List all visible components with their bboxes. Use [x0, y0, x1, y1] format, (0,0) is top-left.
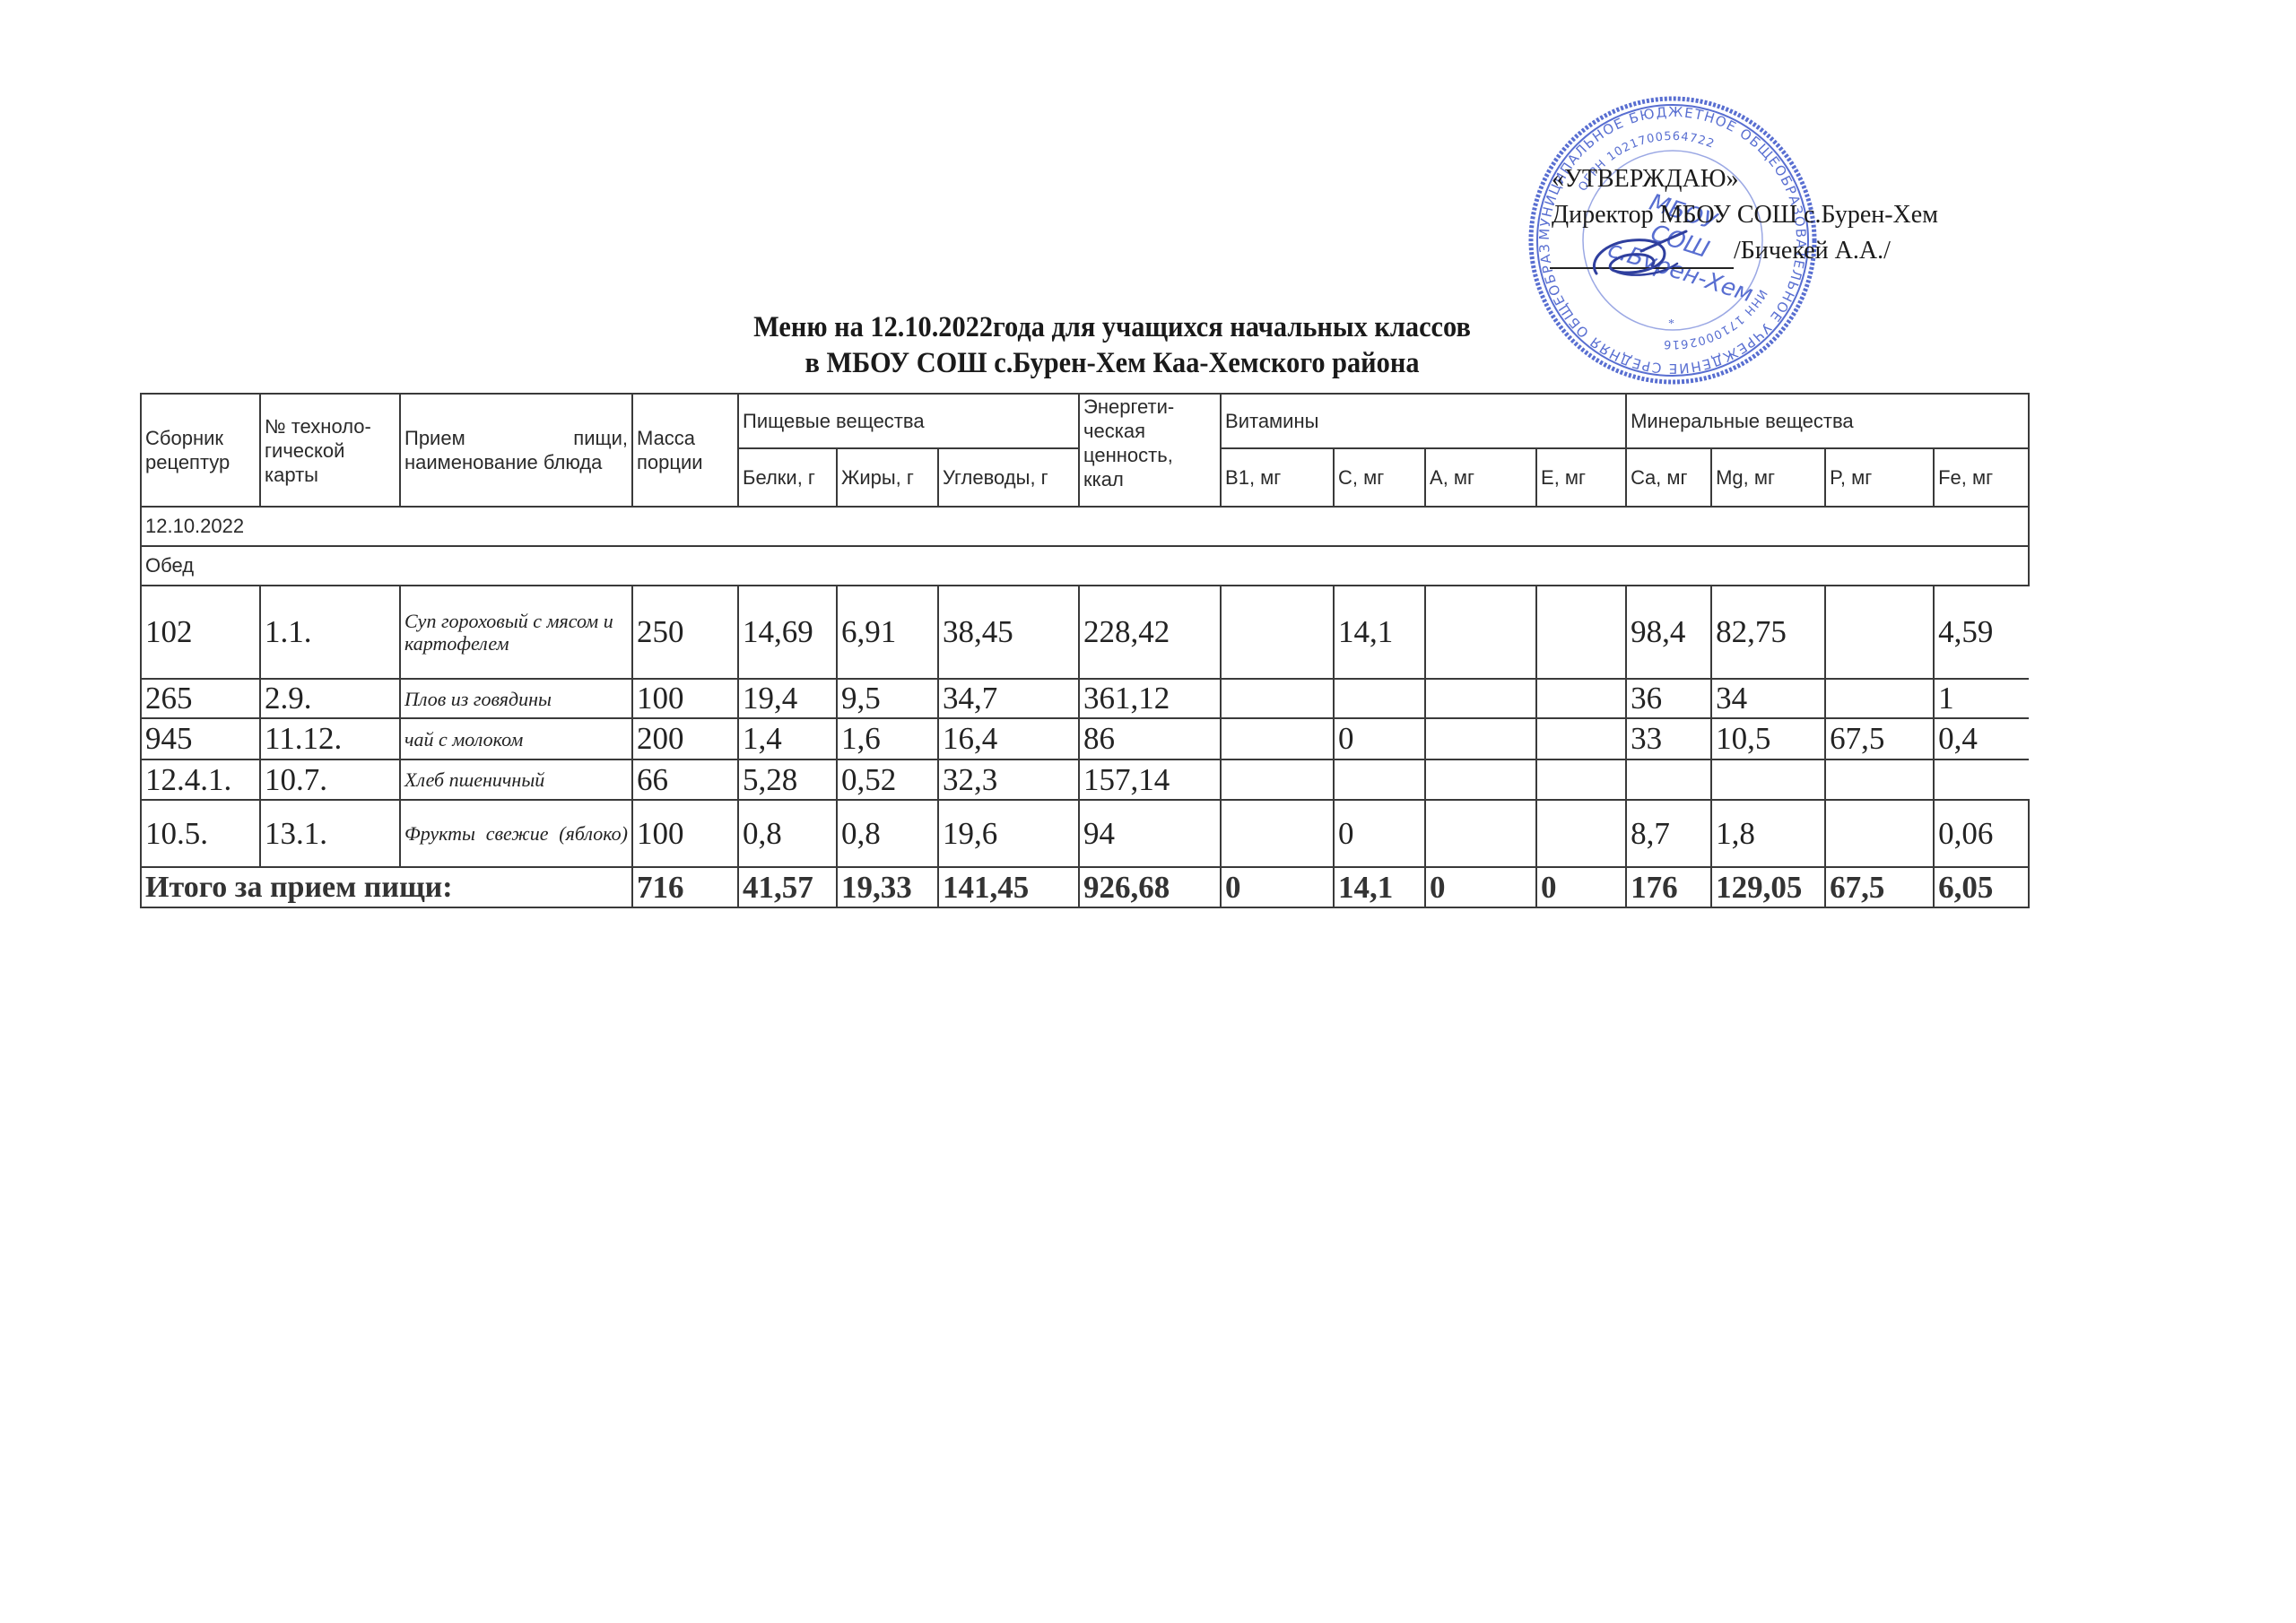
- cell-tech-card: 11.12.: [260, 718, 400, 759]
- header-p: P, мг: [1825, 448, 1934, 507]
- cell-p: 67,5: [1825, 718, 1934, 759]
- cell-carbs: 32,3: [938, 759, 1079, 800]
- cell-dish: Хлеб пшеничный: [400, 759, 632, 800]
- cell-tech-card: 1.1.: [260, 586, 400, 679]
- cell-tech-card: 13.1.: [260, 800, 400, 867]
- total-e: 0: [1536, 867, 1626, 907]
- cell-fe: [1934, 759, 2029, 800]
- table-row: 945 11.12. чай с молоком 200 1,4 1,6 16,…: [141, 718, 2029, 759]
- total-fat: 19,33: [837, 867, 938, 907]
- cell-mg: 34: [1711, 679, 1825, 718]
- total-fe: 6,05: [1934, 867, 2029, 907]
- cell-b1: [1221, 586, 1334, 679]
- signature: [1578, 224, 1740, 287]
- cell-a: [1425, 586, 1536, 679]
- meal-row: Обед: [141, 546, 2029, 586]
- cell-collection: 102: [141, 586, 260, 679]
- cell-collection: 10.5.: [141, 800, 260, 867]
- cell-b1: [1221, 800, 1334, 867]
- cell-protein: 14,69: [738, 586, 837, 679]
- cell-ca: 36: [1626, 679, 1711, 718]
- cell-mg: [1711, 759, 1825, 800]
- cell-mg: 10,5: [1711, 718, 1825, 759]
- header-carbs: Углеводы, г: [938, 448, 1079, 507]
- cell-carbs: 38,45: [938, 586, 1079, 679]
- total-b1: 0: [1221, 867, 1334, 907]
- header-c: C, мг: [1334, 448, 1425, 507]
- cell-b1: [1221, 679, 1334, 718]
- total-row: Итого за прием пищи: 716 41,57 19,33 141…: [141, 867, 2029, 907]
- header-meal: Прием пищи, наименование блюда: [400, 394, 632, 507]
- total-ca: 176: [1626, 867, 1711, 907]
- cell-fe: 0,4: [1934, 718, 2029, 759]
- cell-e: [1536, 800, 1626, 867]
- cell-a: [1425, 800, 1536, 867]
- cell-mass: 250: [632, 586, 738, 679]
- table-row: 265 2.9. Плов из говядины 100 19,4 9,5 3…: [141, 679, 2029, 718]
- total-a: 0: [1425, 867, 1536, 907]
- cell-c: [1334, 679, 1425, 718]
- cell-fat: 0,8: [837, 800, 938, 867]
- cell-collection: 945: [141, 718, 260, 759]
- cell-protein: 5,28: [738, 759, 837, 800]
- cell-carbs: 19,6: [938, 800, 1079, 867]
- total-energy: 926,68: [1079, 867, 1221, 907]
- document-title-line-1: Меню на 12.10.2022года для учащихся нача…: [617, 309, 1607, 345]
- header-a: A, мг: [1425, 448, 1536, 507]
- header-tech-card: № техноло-гической карты: [260, 394, 400, 507]
- approval-title: «УТВЕРЖДАЮ»: [1552, 161, 2018, 197]
- cell-b1: [1221, 759, 1334, 800]
- cell-energy: 361,12: [1079, 679, 1221, 718]
- table-row: 12.4.1. 10.7. Хлеб пшеничный 66 5,28 0,5…: [141, 759, 2029, 800]
- cell-protein: 0,8: [738, 800, 837, 867]
- cell-p: [1825, 800, 1934, 867]
- cell-b1: [1221, 718, 1334, 759]
- cell-c: 0: [1334, 800, 1425, 867]
- cell-c: [1334, 759, 1425, 800]
- cell-e: [1536, 679, 1626, 718]
- header-e: E, мг: [1536, 448, 1626, 507]
- header-b1: B1, мг: [1221, 448, 1334, 507]
- cell-a: [1425, 679, 1536, 718]
- date-label: 12.10.2022: [141, 507, 2029, 546]
- cell-dish: Фрукты свежие (яблоко): [400, 800, 632, 867]
- total-p: 67,5: [1825, 867, 1934, 907]
- total-c: 14,1: [1334, 867, 1425, 907]
- total-label: Итого за прием пищи:: [141, 867, 632, 907]
- date-row: 12.10.2022: [141, 507, 2029, 546]
- cell-energy: 94: [1079, 800, 1221, 867]
- cell-carbs: 16,4: [938, 718, 1079, 759]
- cell-a: [1425, 718, 1536, 759]
- total-carbs: 141,45: [938, 867, 1079, 907]
- header-ca: Ca, мг: [1626, 448, 1711, 507]
- cell-dish: Плов из говядины: [400, 679, 632, 718]
- header-protein: Белки, г: [738, 448, 837, 507]
- header-mass: Масса порции: [632, 394, 738, 507]
- cell-mg: 1,8: [1711, 800, 1825, 867]
- cell-mg: 82,75: [1711, 586, 1825, 679]
- cell-mass: 100: [632, 800, 738, 867]
- total-mass: 716: [632, 867, 738, 907]
- cell-carbs: 34,7: [938, 679, 1079, 718]
- cell-fe: 4,59: [1934, 586, 2029, 679]
- svg-text:*: *: [1668, 317, 1674, 331]
- header-collection: Сборник рецептур: [141, 394, 260, 507]
- cell-e: [1536, 759, 1626, 800]
- header-minerals: Минеральные вещества: [1626, 394, 2029, 448]
- cell-c: 14,1: [1334, 586, 1425, 679]
- header-row-1: Сборник рецептур № техноло-гической карт…: [141, 394, 2029, 448]
- cell-ca: 98,4: [1626, 586, 1711, 679]
- cell-fat: 1,6: [837, 718, 938, 759]
- document-title-line-2: в МБОУ СОШ с.Бурен-Хем Каа-Хемского райо…: [617, 345, 1607, 381]
- cell-c: 0: [1334, 718, 1425, 759]
- cell-protein: 19,4: [738, 679, 837, 718]
- cell-energy: 228,42: [1079, 586, 1221, 679]
- cell-mass: 66: [632, 759, 738, 800]
- cell-tech-card: 2.9.: [260, 679, 400, 718]
- cell-fe: 1: [1934, 679, 2029, 718]
- cell-mass: 100: [632, 679, 738, 718]
- header-energy: Энергети-ческая ценность, ккал: [1079, 394, 1221, 507]
- total-mg: 129,05: [1711, 867, 1825, 907]
- cell-fe: 0,06: [1934, 800, 2029, 867]
- cell-fat: 9,5: [837, 679, 938, 718]
- cell-p: [1825, 586, 1934, 679]
- cell-energy: 157,14: [1079, 759, 1221, 800]
- total-protein: 41,57: [738, 867, 837, 907]
- header-fat: Жиры, г: [837, 448, 938, 507]
- cell-ca: 8,7: [1626, 800, 1711, 867]
- cell-collection: 12.4.1.: [141, 759, 260, 800]
- cell-ca: 33: [1626, 718, 1711, 759]
- cell-collection: 265: [141, 679, 260, 718]
- header-vitamins: Витамины: [1221, 394, 1626, 448]
- cell-tech-card: 10.7.: [260, 759, 400, 800]
- header-mg: Mg, мг: [1711, 448, 1825, 507]
- table-row: 102 1.1. Суп гороховый с мясом и картофе…: [141, 586, 2029, 679]
- menu-table: Сборник рецептур № техноло-гической карт…: [140, 393, 2030, 908]
- cell-dish: чай с молоком: [400, 718, 632, 759]
- header-fe: Fe, мг: [1934, 448, 2029, 507]
- document-title: Меню на 12.10.2022года для учащихся нача…: [617, 309, 1607, 381]
- cell-a: [1425, 759, 1536, 800]
- cell-fat: 0,52: [837, 759, 938, 800]
- cell-e: [1536, 586, 1626, 679]
- cell-fat: 6,91: [837, 586, 938, 679]
- table-row: 10.5. 13.1. Фрукты свежие (яблоко) 100 0…: [141, 800, 2029, 867]
- cell-p: [1825, 759, 1934, 800]
- meal-label: Обед: [141, 546, 2029, 586]
- cell-protein: 1,4: [738, 718, 837, 759]
- cell-dish: Суп гороховый с мясом и картофелем: [400, 586, 632, 679]
- header-nutrients: Пищевые вещества: [738, 394, 1079, 448]
- approval-signatory: /Бичекей А.А./: [1734, 237, 1891, 265]
- cell-energy: 86: [1079, 718, 1221, 759]
- cell-mass: 200: [632, 718, 738, 759]
- cell-ca: [1626, 759, 1711, 800]
- cell-e: [1536, 718, 1626, 759]
- cell-p: [1825, 679, 1934, 718]
